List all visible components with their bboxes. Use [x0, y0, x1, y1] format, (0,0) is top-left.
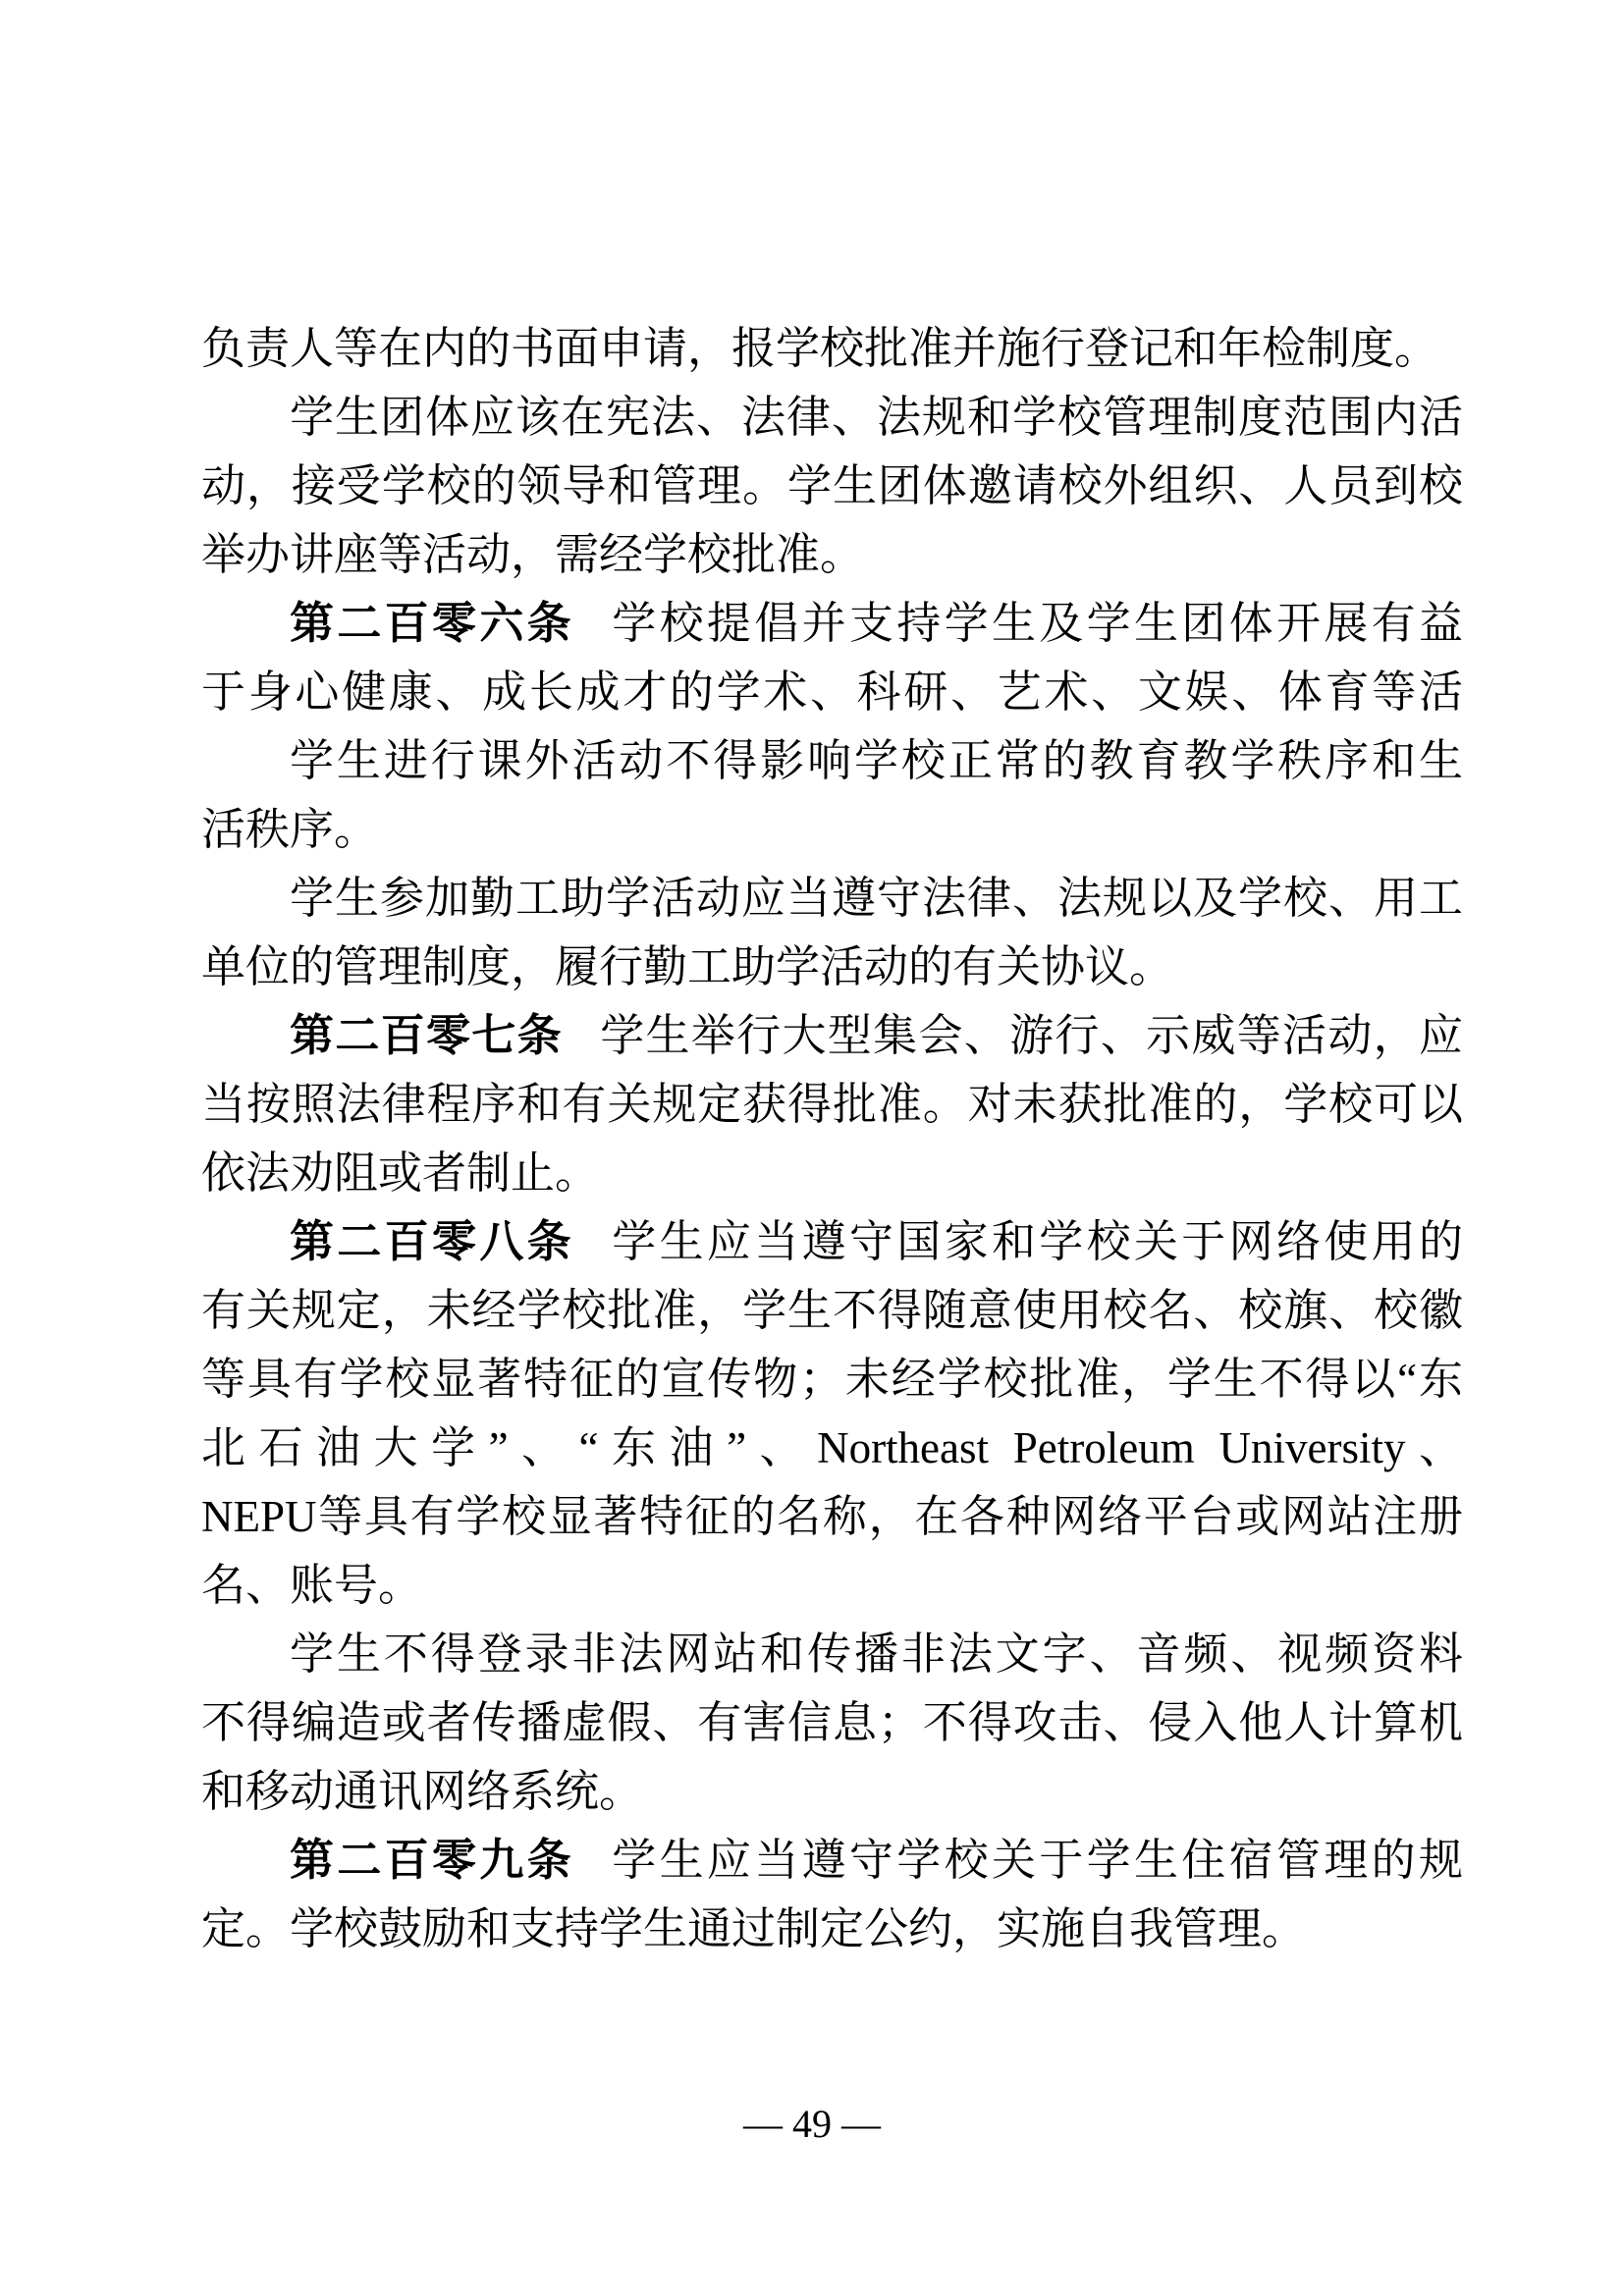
- line-text: 名、账号。: [201, 1561, 422, 1610]
- article-number: 第二百零七条: [290, 1011, 563, 1060]
- text-line: 单位的管理制度，履行勤工助学活动的有关协议。: [201, 933, 1463, 1001]
- line-text: 不得编造或者传播虚假、有害信息；不得攻击、侵入他人计算机: [201, 1698, 1463, 1747]
- line-text: 有关规定，未经学校批准，学生不得随意使用校名、校旗、校徽: [201, 1286, 1463, 1335]
- article-number: 第二百零六条: [290, 599, 574, 648]
- text-line: 负责人等在内的书面申请，报学校批准并施行登记和年检制度。: [201, 314, 1463, 383]
- text-line: 定。学校鼓励和支持学生通过制定公约，实施自我管理。: [201, 1895, 1463, 1963]
- line-text: 当按照法律程序和有关规定获得批准。对未获批准的，学校可以: [201, 1080, 1463, 1129]
- text-line: 依法劝阻或者制止。: [201, 1139, 1463, 1207]
- text-line: 等具有学校显著特征的宣传物；未经学校批准，学生不得以“东: [201, 1345, 1463, 1414]
- line-text: 学校提倡并支持学生及学生团体开展有益: [612, 599, 1463, 648]
- text-line: 第二百零八条学生应当遵守国家和学校关于网络使用的: [201, 1207, 1463, 1276]
- text-line: 学生进行课外活动不得影响学校正常的教育教学秩序和生: [201, 726, 1463, 795]
- text-line: 举办讲座等活动，需经学校批准。: [201, 520, 1463, 589]
- text-line: 当按照法律程序和有关规定获得批准。对未获批准的，学校可以: [201, 1070, 1463, 1139]
- document-page: 负责人等在内的书面申请，报学校批准并施行登记和年检制度。 学生团体应该在宪法、法…: [0, 0, 1624, 2296]
- text-line: 第二百零七条学生举行大型集会、游行、示威等活动，应: [201, 1001, 1463, 1070]
- line-text: NEPU等具有学校显著特征的名称，在各种网络平台或网站注册域: [201, 1492, 1463, 1551]
- text-line: 学生参加勤工助学活动应当遵守法律、法规以及学校、用工: [201, 864, 1463, 933]
- text-line: 有关规定，未经学校批准，学生不得随意使用校名、校旗、校徽: [201, 1276, 1463, 1345]
- line-text: 和移动通讯网络系统。: [201, 1767, 643, 1816]
- line-text: 于身心健康、成长成才的学术、科研、艺术、文娱、体育等活动。: [201, 667, 1463, 726]
- text-line: 第二百零六条学校提倡并支持学生及学生团体开展有益: [201, 589, 1463, 658]
- line-text: 学生团体应该在宪法、法律、法规和学校管理制度范围内活: [290, 393, 1463, 442]
- text-line: 学生不得登录非法网站和传播非法文字、音频、视频资料等，: [201, 1620, 1463, 1688]
- line-text: 举办讲座等活动，需经学校批准。: [201, 530, 864, 579]
- line-text: 学生不得登录非法网站和传播非法文字、音频、视频资料等，: [201, 1629, 1463, 1688]
- line-text: 等具有学校显著特征的宣传物；未经学校批准，学生不得以“东: [201, 1355, 1463, 1404]
- line-text: 学生参加勤工助学活动应当遵守法律、法规以及学校、用工: [290, 874, 1463, 923]
- line-text: 动，接受学校的领导和管理。学生团体邀请校外组织、人员到校: [201, 461, 1463, 510]
- line-text: 北石油大学”、“东油”、Northeast Petroleum Universi…: [201, 1423, 1463, 1472]
- line-text: 单位的管理制度，履行勤工助学活动的有关协议。: [201, 942, 1173, 991]
- line-text: 负责人等在内的书面申请，报学校批准并施行登记和年检制度。: [201, 324, 1438, 373]
- text-line: 动，接受学校的领导和管理。学生团体邀请校外组织、人员到校: [201, 452, 1463, 520]
- article-number: 第二百零九条: [290, 1836, 574, 1885]
- page-number: — 49 —: [0, 2101, 1624, 2147]
- text-line: 于身心健康、成长成才的学术、科研、艺术、文娱、体育等活动。: [201, 658, 1463, 726]
- text-line: 北石油大学”、“东油”、Northeast Petroleum Universi…: [201, 1414, 1463, 1482]
- line-text: 学生进行课外活动不得影响学校正常的教育教学秩序和生: [290, 736, 1463, 785]
- line-text: 学生应当遵守学校关于学生住宿管理的规: [612, 1836, 1463, 1885]
- article-number: 第二百零八条: [290, 1217, 574, 1266]
- text-line: 学生团体应该在宪法、法律、法规和学校管理制度范围内活: [201, 383, 1463, 452]
- line-text: 定。学校鼓励和支持学生通过制定公约，实施自我管理。: [201, 1904, 1306, 1953]
- text-line: 不得编造或者传播虚假、有害信息；不得攻击、侵入他人计算机: [201, 1688, 1463, 1757]
- text-line: 第二百零九条学生应当遵守学校关于学生住宿管理的规: [201, 1826, 1463, 1895]
- text-line: 名、账号。: [201, 1551, 1463, 1620]
- text-line: 活秩序。: [201, 795, 1463, 864]
- text-line: 和移动通讯网络系统。: [201, 1757, 1463, 1826]
- line-text: 活秩序。: [201, 805, 378, 854]
- line-text: 学生应当遵守国家和学校关于网络使用的: [612, 1217, 1463, 1266]
- line-text: 学生举行大型集会、游行、示威等活动，应: [600, 1011, 1463, 1060]
- document-body: 负责人等在内的书面申请，报学校批准并施行登记和年检制度。 学生团体应该在宪法、法…: [201, 314, 1463, 1963]
- line-text: 依法劝阻或者制止。: [201, 1148, 599, 1198]
- text-line: NEPU等具有学校显著特征的名称，在各种网络平台或网站注册域: [201, 1482, 1463, 1551]
